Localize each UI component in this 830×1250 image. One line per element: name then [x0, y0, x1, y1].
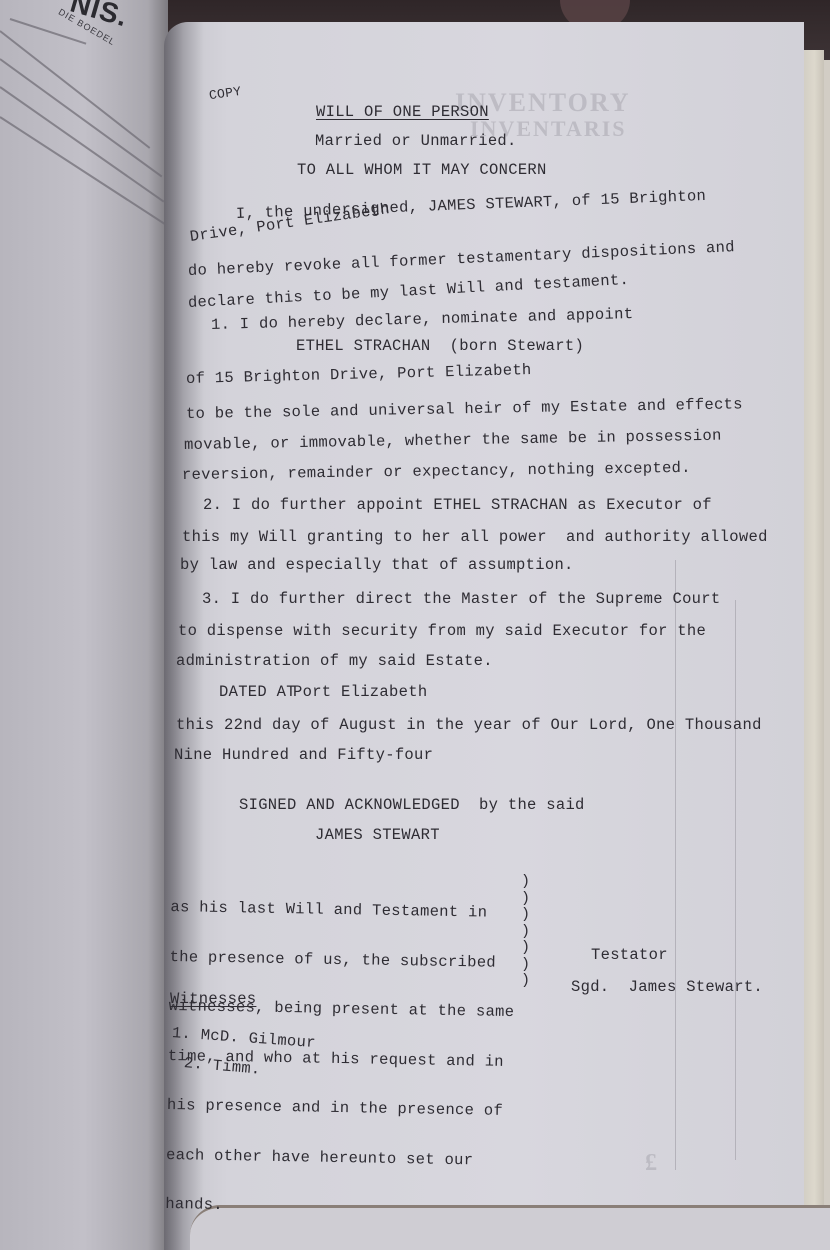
testator-label: Testator — [591, 946, 668, 964]
bracket: ) — [521, 924, 530, 941]
bracket: ) — [521, 940, 530, 957]
salutation: TO ALL WHOM IT MAY CONCERN — [297, 161, 547, 179]
attestation-line: the presence of us, the subscribed — [169, 949, 515, 972]
clause-3-line: to dispense with security from my said E… — [178, 622, 706, 640]
bleed-through-rule — [735, 600, 736, 1160]
bracket: ) — [521, 957, 530, 974]
testator-signature: Sgd. James Stewart. — [571, 978, 763, 996]
clause-2-line: by law and especially that of assumption… — [180, 556, 574, 574]
bracket: ) — [521, 973, 530, 990]
dated-line: this 22nd day of August in the year of O… — [176, 716, 762, 734]
dated-at-label: DATED AT — [219, 683, 296, 701]
witnesses-label: Witnesses — [170, 990, 256, 1008]
dated-place: Port Elizabeth — [293, 683, 427, 701]
left-facing-page: NIS. DIE BOEDEL — [0, 0, 168, 1250]
clause-3-line: 3. I do further direct the Master of the… — [202, 590, 720, 608]
bleed-through-currency: £ — [645, 1150, 659, 1177]
document-subtitle: Married or Unmarried. — [315, 132, 517, 150]
bracket: ) — [521, 891, 530, 908]
attestation-line: hands. — [165, 1196, 511, 1219]
ruled-line — [0, 58, 162, 177]
testator-name: JAMES STEWART — [315, 826, 440, 844]
bracket: ) — [521, 874, 530, 891]
clause-3-line: administration of my said Estate. — [176, 652, 493, 670]
bracket-column: ) ) ) ) ) ) ) — [521, 874, 530, 990]
heir-name: ETHEL STRACHAN (born Stewart) — [296, 337, 584, 355]
clause-2-line: 2. I do further appoint ETHEL STRACHAN a… — [203, 496, 712, 514]
attestation-line: as his last Will and Testament in — [170, 899, 516, 922]
attestation-clause: as his last Will and Testament in the pr… — [165, 866, 517, 1235]
ruled-line — [0, 86, 164, 202]
attestation-line: each other have hereunto set our — [166, 1146, 512, 1169]
signed-acknowledged-line: SIGNED AND ACKNOWLEDGED by the said — [239, 796, 585, 814]
attestation-line: his presence and in the presence of — [167, 1097, 513, 1120]
document-title: WILL OF ONE PERSON — [316, 103, 489, 121]
page-stack-edge — [824, 60, 830, 1250]
clause-2-line: this my Will granting to her all power a… — [182, 528, 768, 546]
dated-line: Nine Hundred and Fifty-four — [174, 746, 433, 764]
bracket: ) — [521, 907, 530, 924]
ruled-line — [0, 116, 168, 227]
bleed-through-rule — [675, 560, 676, 1170]
